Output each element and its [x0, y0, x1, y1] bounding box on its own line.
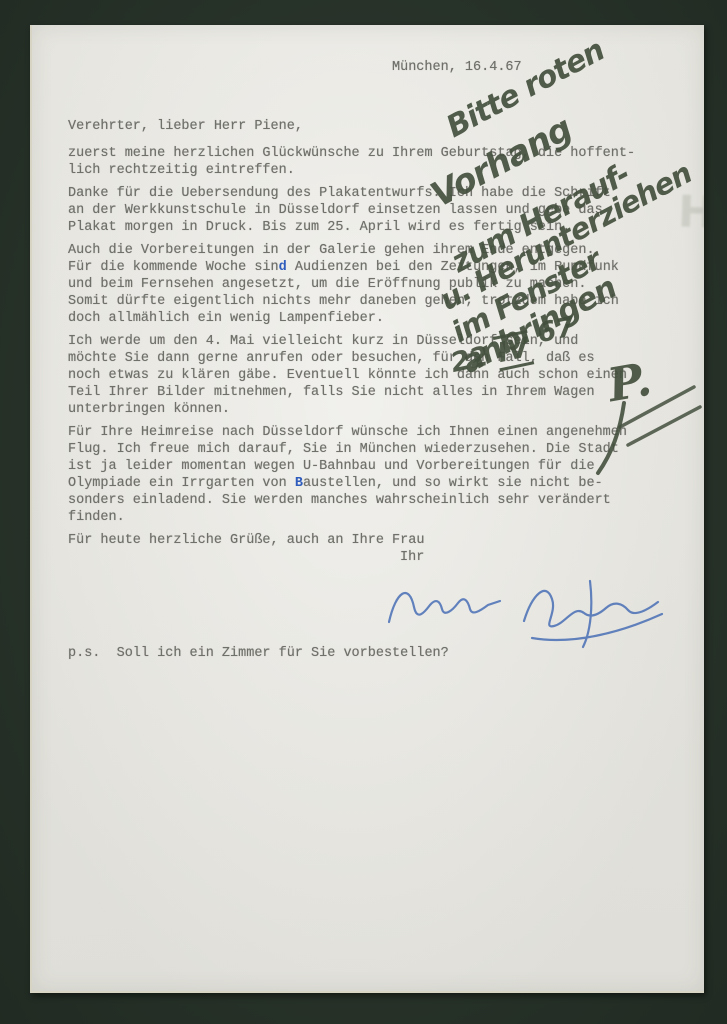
typed-line: ist ja leider momentan wegen U-Bahnbau u…: [68, 458, 680, 475]
typed-text: sonders einladend. Sie werden manches wa…: [68, 493, 611, 508]
bleedthrough-letter: H: [677, 186, 704, 238]
typed-text: Flug. Ich freue mich darauf, Sie in Münc…: [68, 442, 619, 457]
closing-line: Für heute herzliche Grüße, auch an Ihre …: [68, 532, 680, 549]
letter-paragraph: Für Ihre Heimreise nach Düsseldorf wünsc…: [68, 424, 680, 526]
handwritten-initial: P.: [604, 352, 656, 413]
ballpoint-correction: B: [295, 476, 303, 491]
ballpoint-correction: d: [279, 260, 287, 275]
postscript-line: p.s. Soll ich ein Zimmer für Sie vorbest…: [68, 645, 680, 662]
typed-line: möchte Sie dann gerne anrufen oder besuc…: [68, 350, 680, 367]
typed-text: Für Ihre Heimreise nach Düsseldorf wünsc…: [68, 425, 627, 440]
typed-line: finden.: [68, 509, 680, 526]
typed-line: Teil Ihrer Bilder mitnehmen, falls Sie n…: [68, 384, 680, 401]
handwritten-date-year: 67: [534, 311, 577, 349]
typed-text: finden.: [68, 510, 125, 525]
salutation: Verehrter, lieber Herr Piene,: [68, 118, 303, 135]
typed-line: unterbringen können.: [68, 401, 680, 418]
dateline: München, 16.4.67: [392, 59, 522, 76]
letter-paragraph: Ich werde um den 4. Mai vielleicht kurz …: [68, 333, 680, 418]
typed-line: zuerst meine herzlichen Glückwünsche zu …: [68, 145, 680, 162]
typed-text: unterbringen können.: [68, 402, 230, 417]
typed-text: doch allmählich ein wenig Lampenfieber.: [68, 311, 384, 326]
typed-text: Danke für die Uebersendung des Plakatent…: [68, 186, 611, 201]
typed-text: Olympiade ein Irrgarten von: [68, 476, 295, 491]
typed-text: Teil Ihrer Bilder mitnehmen, falls Sie n…: [68, 385, 595, 400]
typed-line: Olympiade ein Irrgarten von Baustellen, …: [68, 475, 680, 492]
typed-line: Für Ihre Heimreise nach Düsseldorf wünsc…: [68, 424, 680, 441]
closing-salutation: Ihr: [68, 549, 680, 566]
typed-text: noch etwas zu klären gäbe. Eventuell kön…: [68, 368, 627, 383]
typed-line: Flug. Ich freue mich darauf, Sie in Münc…: [68, 441, 680, 458]
handwritten-date-day: 22: [448, 341, 491, 379]
typed-line: sonders einladend. Sie werden manches wa…: [68, 492, 680, 509]
typed-text: lich rechtzeitig eintreffen.: [68, 163, 295, 178]
handwritten-date-month: IV: [492, 330, 533, 372]
typed-line: Ich werde um den 4. Mai vielleicht kurz …: [68, 333, 680, 350]
typed-text: ist ja leider momentan wegen U-Bahnbau u…: [68, 459, 595, 474]
typed-text: Für die kommende Woche sin: [68, 260, 279, 275]
typed-text: austellen, und so wirkt sie nicht be-: [303, 476, 603, 491]
typed-line: noch etwas zu klären gäbe. Eventuell kön…: [68, 367, 680, 384]
letter-paper: München, 16.4.67 Verehrter, lieber Herr …: [30, 25, 704, 993]
